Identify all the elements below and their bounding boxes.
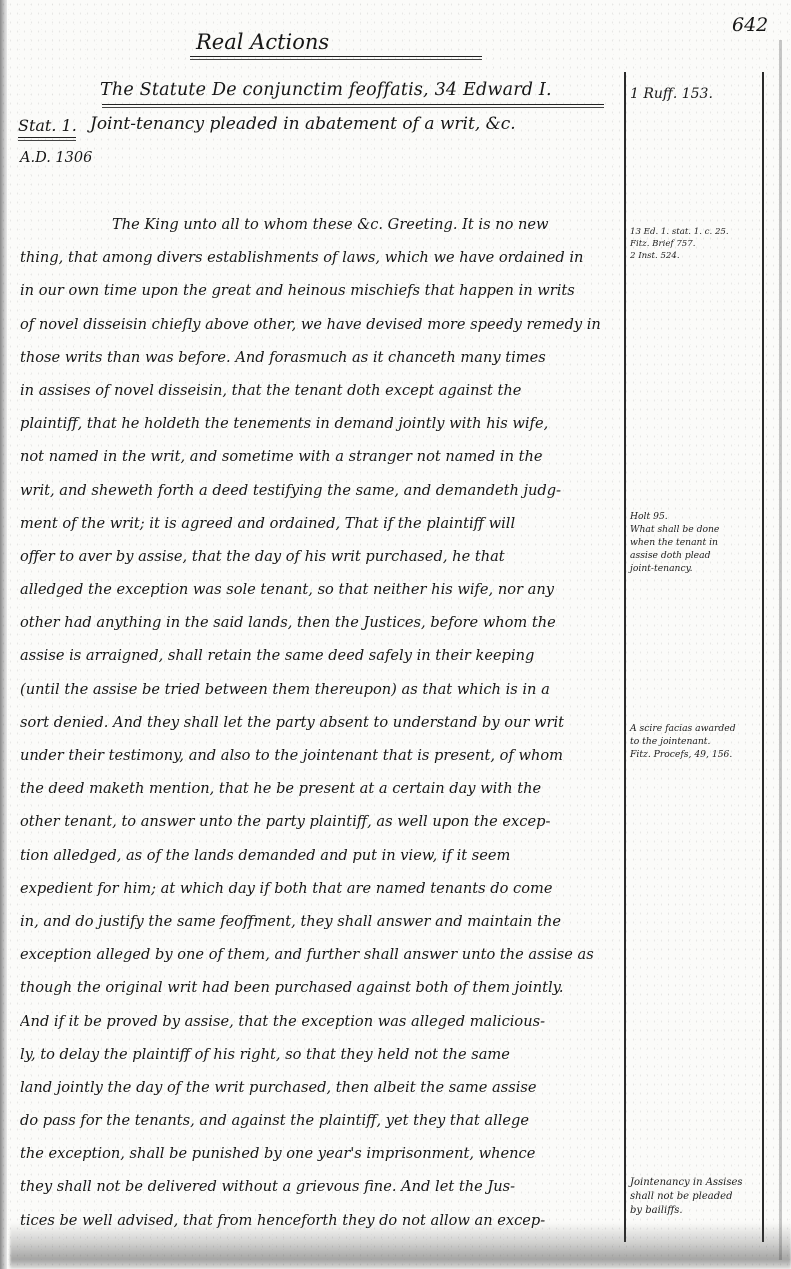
body-line: exception alleged by one of them, and fu… bbox=[20, 938, 622, 971]
body-line: other tenant, to answer unto the party p… bbox=[20, 805, 622, 838]
scan-edge bbox=[0, 0, 7, 1269]
body-line: the deed maketh mention, that he be pres… bbox=[20, 772, 622, 805]
body-line: do pass for the tenants, and against the… bbox=[20, 1104, 622, 1137]
body-text: The King unto all to whom these &c. Gree… bbox=[20, 208, 622, 1237]
margin-rule-outer bbox=[779, 40, 782, 1260]
margin-note-line: to the jointenant. bbox=[630, 735, 762, 748]
body-line: alledged the exception was sole tenant, … bbox=[20, 573, 622, 606]
statute-title-underline bbox=[102, 104, 604, 108]
body-line: (until the assise be tried between them … bbox=[20, 673, 622, 706]
margin-note-scire-facias: A scire facias awarded to the jointenant… bbox=[630, 722, 762, 761]
margin-note-bailiffs: Jointenancy in Assises shall not be plea… bbox=[630, 1176, 762, 1218]
section-title-underline bbox=[190, 56, 482, 60]
body-line: those writs than was before. And forasmu… bbox=[20, 341, 622, 374]
stat-label: Stat. 1. bbox=[18, 116, 77, 135]
scan-smudge bbox=[10, 1222, 791, 1269]
body-line: ment of the writ; it is agreed and ordai… bbox=[20, 507, 622, 540]
body-line: sort denied. And they shall let the part… bbox=[20, 706, 622, 739]
margin-note-line: 2 Inst. 524. bbox=[630, 250, 762, 262]
margin-note-line: A scire facias awarded bbox=[630, 722, 762, 735]
body-line: ly, to delay the plaintiff of his right,… bbox=[20, 1038, 622, 1071]
margin-note-line: Fitz. Brief 757. bbox=[630, 238, 762, 250]
margin-note-holt: Holt 95. What shall be done when the ten… bbox=[630, 510, 762, 575]
margin-note-line: shall not be pleaded bbox=[630, 1190, 762, 1204]
stat-label-underline bbox=[18, 137, 76, 141]
body-line: they shall not be delivered without a gr… bbox=[20, 1170, 622, 1203]
margin-note-line: Fitz. Procefs, 49, 156. bbox=[630, 748, 762, 761]
margin-note-line: joint-tenancy. bbox=[630, 562, 762, 575]
margin-note-line: Jointenancy in Assises bbox=[630, 1176, 762, 1190]
body-line: plaintiff, that he holdeth the tenements… bbox=[20, 407, 622, 440]
body-line: offer to aver by assise, that the day of… bbox=[20, 540, 622, 573]
document-page: 642 Real Actions The Statute De conjunct… bbox=[0, 0, 791, 1269]
body-line: though the original writ had been purcha… bbox=[20, 971, 622, 1004]
margin-rule-left bbox=[624, 72, 626, 1242]
margin-note-references: 13 Ed. 1. stat. 1. c. 25. Fitz. Brief 75… bbox=[630, 226, 762, 262]
body-line: thing, that among divers establishments … bbox=[20, 241, 622, 274]
margin-note-line: by bailiffs. bbox=[630, 1204, 762, 1218]
section-title: Real Actions bbox=[196, 30, 329, 54]
body-line: in assises of novel disseisin, that the … bbox=[20, 374, 622, 407]
margin-note-line: assise doth plead bbox=[630, 549, 762, 562]
stat-subtitle: Joint-tenancy pleaded in abatement of a … bbox=[90, 114, 516, 134]
body-line: writ, and sheweth forth a deed testifyin… bbox=[20, 474, 622, 507]
margin-note-ruff: 1 Ruff. 153. bbox=[630, 86, 762, 102]
margin-note-line: 13 Ed. 1. stat. 1. c. 25. bbox=[630, 226, 762, 238]
body-line: land jointly the day of the writ purchas… bbox=[20, 1071, 622, 1104]
page-number: 642 bbox=[732, 14, 768, 36]
margin-note-line: 1 Ruff. 153. bbox=[630, 86, 762, 102]
year-label: A.D. 1306 bbox=[20, 150, 92, 166]
body-line: assise is arraigned, shall retain the sa… bbox=[20, 639, 622, 672]
body-line: under their testimony, and also to the j… bbox=[20, 739, 622, 772]
body-line: And if it be proved by assise, that the … bbox=[20, 1005, 622, 1038]
margin-note-line: Holt 95. bbox=[630, 510, 762, 523]
body-line: of novel disseisin chiefly above other, … bbox=[20, 308, 622, 341]
body-line: other had anything in the said lands, th… bbox=[20, 606, 622, 639]
body-line: in our own time upon the great and heino… bbox=[20, 274, 622, 307]
body-line: in, and do justify the same feoffment, t… bbox=[20, 905, 622, 938]
body-line: not named in the writ, and sometime with… bbox=[20, 440, 622, 473]
body-line: The King unto all to whom these &c. Gree… bbox=[20, 208, 622, 241]
body-line: the exception, shall be punished by one … bbox=[20, 1137, 622, 1170]
body-line: expedient for him; at which day if both … bbox=[20, 872, 622, 905]
margin-note-line: What shall be done bbox=[630, 523, 762, 536]
statute-title: The Statute De conjunctim feoffatis, 34 … bbox=[100, 80, 552, 100]
margin-note-line: when the tenant in bbox=[630, 536, 762, 549]
margin-rule-right bbox=[762, 72, 764, 1242]
body-line: tion alledged, as of the lands demanded … bbox=[20, 839, 622, 872]
